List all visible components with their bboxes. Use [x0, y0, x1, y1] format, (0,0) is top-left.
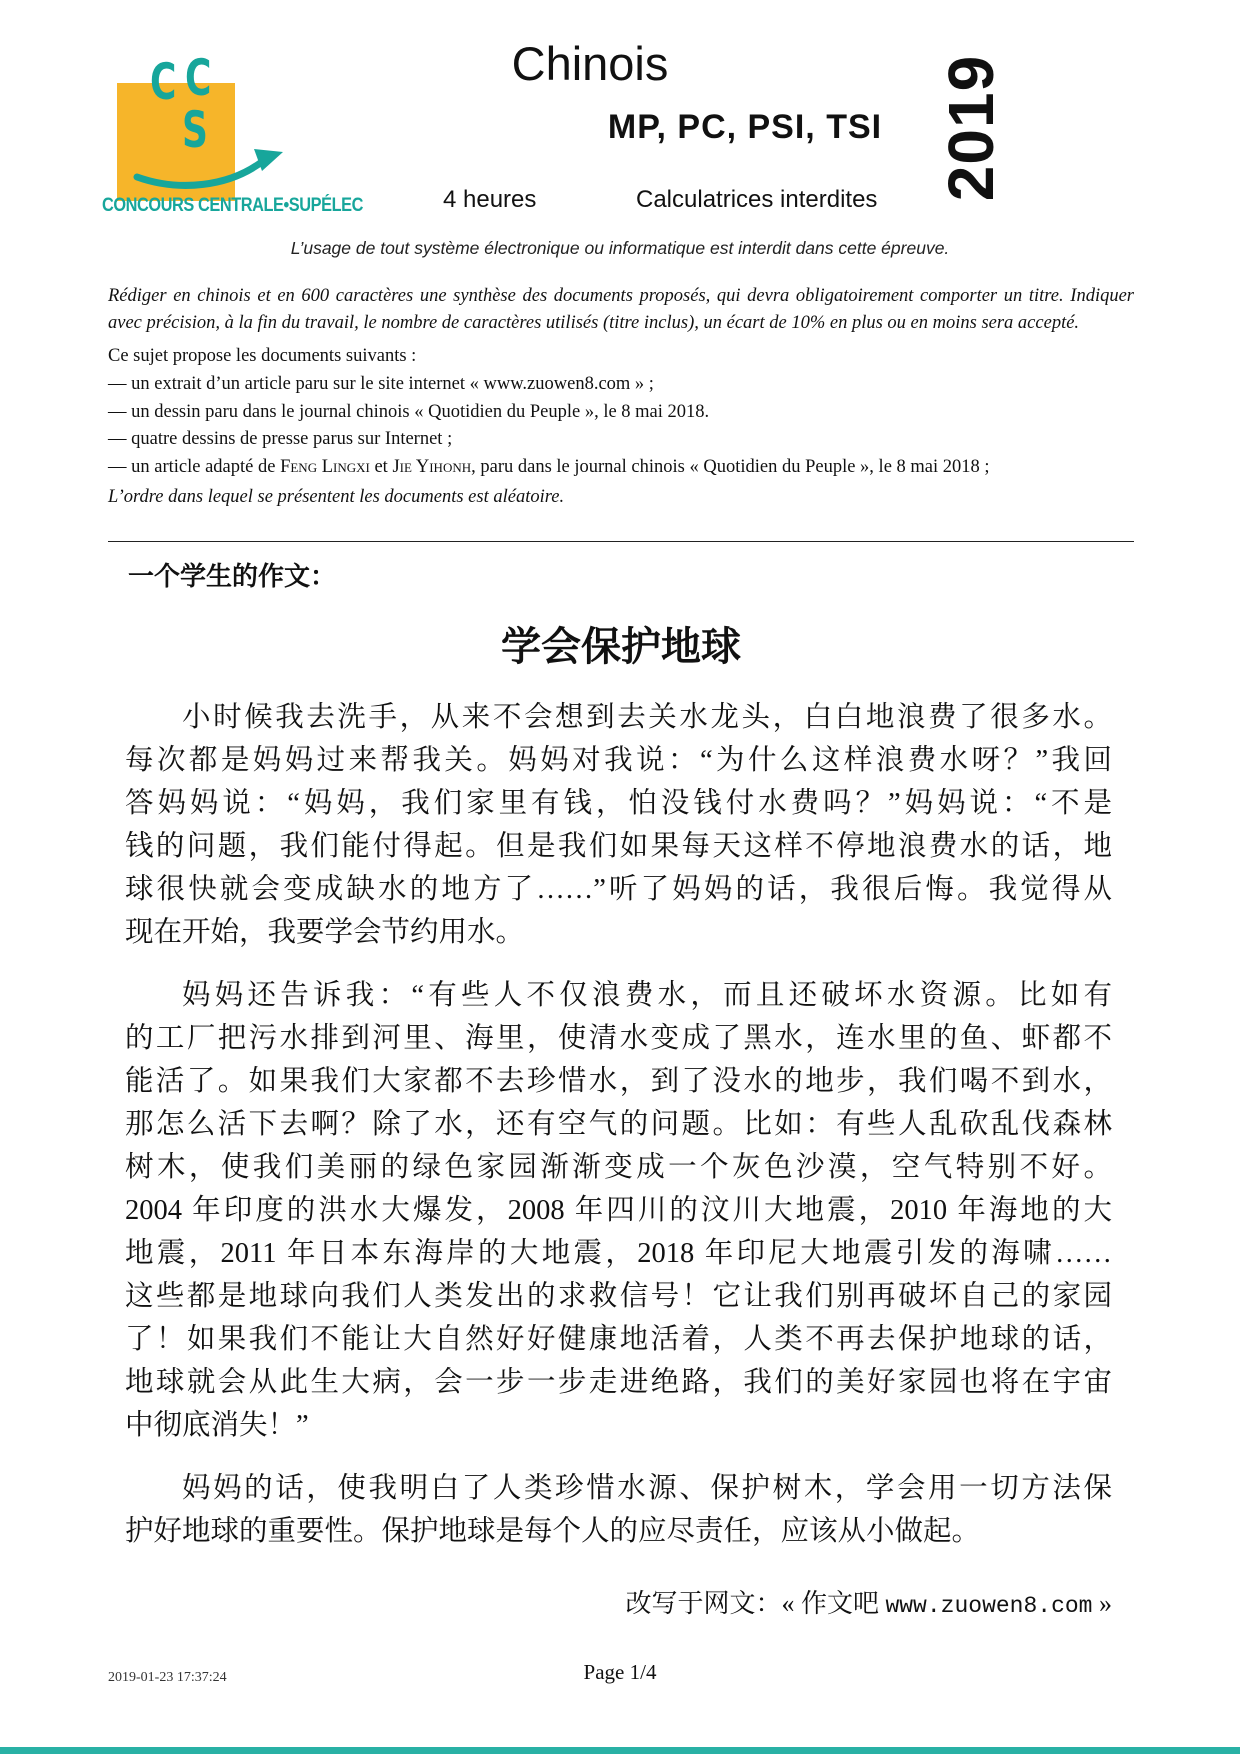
list-item-text: et	[370, 457, 393, 477]
documents-intro: Ce sujet propose les documents suivants …	[108, 343, 1134, 370]
essay-line: 能活了。如果我们大家都不去珍惜水，到了没水的地步，我们喝不到水，	[125, 1060, 1112, 1103]
list-item-text: , paru dans le journal chinois « Quotidi…	[471, 457, 989, 477]
essay-line: 每次都是妈妈过来帮我关。妈妈对我说：“为什么这样浪费水呀？”我回	[125, 739, 1112, 782]
essay-line: 树木，使我们美丽的绿色家园渐渐变成一个灰色沙漠，空气特别不好。	[125, 1146, 1112, 1189]
order-note: L’ordre dans lequel se présentent les do…	[108, 484, 1134, 511]
electronic-devices-notice: L’usage de tout système électronique ou …	[0, 238, 1240, 259]
exam-year: 2019	[928, 32, 1014, 224]
essay-paragraph: 妈妈的话，使我明白了人类珍惜水源、保护树木，学会用一切方法保 护好地球的重要性。…	[125, 1467, 1112, 1553]
essay-line: 那怎么活下去啊？除了水，还有空气的问题。比如：有些人乱砍乱伐森林	[125, 1103, 1112, 1146]
essay-attribution: 改写于网文：« 作文吧 www.zuowen8.com »	[125, 1583, 1112, 1620]
essay-line: 钱的问题，我们能付得起。但是我们如果每天这样不停地浪费水的话，地	[125, 825, 1112, 868]
dash-bullet: —	[108, 374, 127, 394]
essay-line: 小时候我去洗手，从来不会想到去关水龙头，白白地浪费了很多水。	[125, 696, 1112, 739]
dash-bullet: —	[108, 429, 127, 449]
dash-bullet: —	[108, 457, 127, 477]
essay-line: 这些都是地球向我们人类发出的求救信号！它让我们别再破坏自己的家园	[125, 1275, 1112, 1318]
list-item-text: quatre dessins de presse parus sur Inter…	[131, 429, 452, 449]
essay-paragraph: 妈妈还告诉我：“有些人不仅浪费水，而且还破坏水资源。比如有 的工厂把污水排到河里…	[125, 974, 1112, 1447]
list-item: — un extrait d’un article paru sur le si…	[108, 371, 1134, 399]
essay-line: 现在开始，我要学会节约用水。	[125, 911, 1112, 954]
essay-line: 地球就会从此生大病，会一步一步走进绝路，我们的美好家园也将在宇宙	[125, 1361, 1112, 1404]
list-item: — quatre dessins de presse parus sur Int…	[108, 426, 1134, 454]
calculator-notice: Calculatrices interdites	[636, 186, 877, 214]
essay-title: 学会保护地球	[108, 615, 1134, 672]
essay-line: 妈妈的话，使我明白了人类珍惜水源、保护树木，学会用一切方法保	[125, 1467, 1112, 1510]
ccs-logo: C C S CONCOURS CENTRALE•SUPÉLEC	[103, 55, 383, 225]
list-item: — un dessin paru dans le journal chinois…	[108, 399, 1134, 427]
footer-page-number: Page 1/4	[0, 1660, 1240, 1685]
section-divider	[108, 541, 1134, 542]
bottom-accent-bar	[0, 1747, 1240, 1754]
dash-bullet: —	[108, 402, 127, 422]
essay-line: 地震，2011 年日本东海岸的大地震，2018 年印尼大地震引发的海啸……	[125, 1232, 1112, 1275]
essay-line: 球很快就会变成缺水的地方了……”听了妈妈的话，我很后悔。我觉得从	[125, 868, 1112, 911]
exam-duration: 4 heures	[443, 186, 536, 214]
essay-section-label: 一个学生的作文：	[128, 556, 1134, 593]
exam-tracks: MP, PC, PSI, TSI	[565, 108, 925, 147]
exam-subject-title: Chinois	[380, 36, 800, 91]
exam-directive: Rédiger en chinois et en 600 caractères …	[108, 283, 1134, 337]
attribution-prefix: 改写于网文：« 作文吧	[625, 1589, 885, 1618]
essay-line: 2004 年印度的洪水大爆发，2008 年四川的汶川大地震，2010 年海地的大	[125, 1189, 1112, 1232]
list-item-text: un article adapté de	[131, 457, 280, 477]
logo-letter-c2: C	[185, 53, 211, 103]
essay-paragraph: 小时候我去洗手，从来不会想到去关水龙头，白白地浪费了很多水。 每次都是妈妈过来帮…	[125, 696, 1112, 954]
attribution-url: www.zuowen8.com	[885, 1593, 1092, 1619]
essay-line: 的工厂把污水排到河里、海里，使清水变成了黑水，连水里的鱼、虾都不	[125, 1017, 1112, 1060]
list-item-text: un dessin paru dans le journal chinois «…	[131, 402, 709, 422]
list-item: — un article adapté de Feng Lingxi et Ji…	[108, 454, 1134, 482]
list-item-text: un extrait d’un article paru sur le site…	[131, 374, 654, 394]
logo-wordmark: CONCOURS CENTRALE•SUPÉLEC	[102, 195, 363, 217]
attribution-suffix: »	[1093, 1589, 1113, 1618]
author-name: Feng Lingxi	[280, 457, 370, 477]
exam-year-text: 2019	[934, 55, 1008, 201]
documents-list: — un extrait d’un article paru sur le si…	[108, 371, 1134, 481]
logo-swoosh-arrow-icon	[131, 147, 289, 199]
essay-line: 护好地球的重要性。保护地球是每个人的应尽责任，应该从小做起。	[125, 1510, 1112, 1553]
essay-line: 中彻底消失！”	[125, 1404, 1112, 1447]
essay-line: 答妈妈说：“妈妈，我们家里有钱，怕没钱付水费吗？”妈妈说：“不是	[125, 782, 1112, 825]
essay-line: 妈妈还告诉我：“有些人不仅浪费水，而且还破坏水资源。比如有	[125, 974, 1112, 1017]
essay-line: 了！如果我们不能让大自然好好健康地活着，人类不再去保护地球的话，	[125, 1318, 1112, 1361]
author-name: Jie Yihonh	[392, 457, 471, 477]
logo-letter-c1: C	[150, 57, 176, 107]
page-body: Rédiger en chinois et en 600 caractères …	[108, 283, 1134, 1620]
essay-body: 小时候我去洗手，从来不会想到去关水龙头，白白地浪费了很多水。 每次都是妈妈过来帮…	[125, 696, 1112, 1620]
